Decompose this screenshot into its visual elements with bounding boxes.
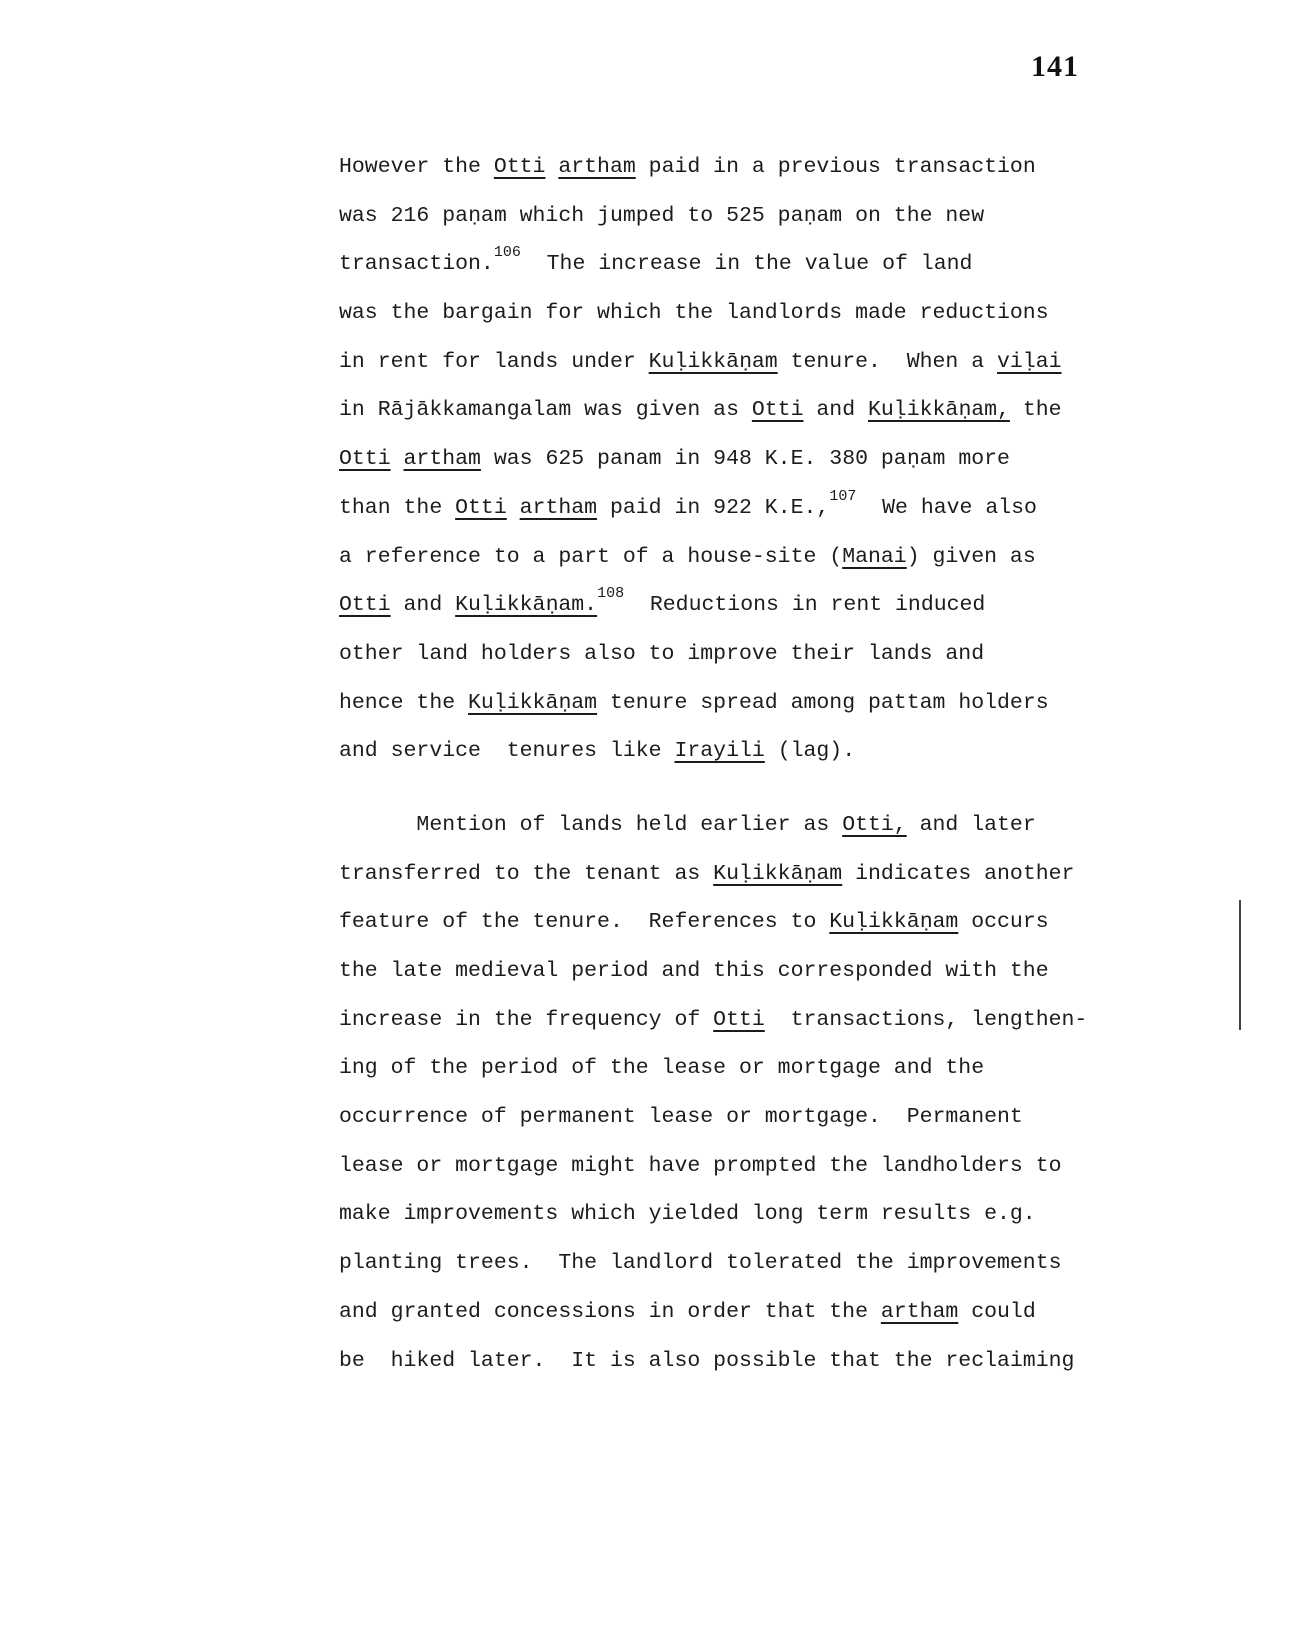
text-line: feature of the tenure. References to Kuḷ… [339,898,1199,947]
text-line: and service tenures like Irayili (lag). [339,727,1199,776]
text-line: Otti and Kuḷikkāṇam.108 Reductions in re… [339,581,1199,630]
text-line: planting trees. The landlord tolerated t… [339,1239,1199,1288]
text-run: The increase in the value of land [521,252,973,276]
underlined-term: Otti [494,155,546,179]
text-run: occurrence of permanent lease or mortgag… [339,1105,1023,1129]
text-run: was 625 panam in 948 K.E. 380 paṇam more [481,447,1010,471]
text-line: ing of the period of the lease or mortga… [339,1044,1199,1093]
text-line: the late medieval period and this corres… [339,947,1199,996]
text-run: in Rājākkamangalam was given as [339,398,752,422]
underlined-term: Irayili [674,739,764,763]
underlined-term: Kuḷikkāṇam [713,862,842,886]
underlined-term: Otti [713,1008,765,1032]
text-run: make improvements which yielded long ter… [339,1202,1036,1226]
document-page: 141 However the Otti artham paid in a pr… [0,0,1310,1643]
text-run: the late medieval period and this corres… [339,959,1049,983]
text-run: indicates another [842,862,1074,886]
text-run: and later [907,813,1036,837]
text-line: transferred to the tenant as Kuḷikkāṇam … [339,850,1199,899]
underlined-term: Otti [455,496,507,520]
text-line: transaction.106 The increase in the valu… [339,240,1199,289]
text-run: and [803,398,868,422]
scan-margin-mark [1239,900,1241,1030]
underlined-term: Otti [339,593,391,617]
text-run: and service tenures like [339,739,674,763]
text-run: transactions, lengthen- [765,1008,1088,1032]
text-run: increase in the frequency of [339,1008,713,1032]
text-run: in rent for lands under [339,350,649,374]
text-run: paid in a previous transaction [636,155,1036,179]
text-run: and granted concessions in order that th… [339,1300,881,1324]
underlined-term: Kuḷikkāṇam. [455,593,597,617]
underlined-term: Otti [752,398,804,422]
text-run: and [391,593,456,617]
text-run [507,496,520,520]
text-run: We have also [856,496,1037,520]
footnote-ref: 107 [829,488,856,505]
text-run [545,155,558,179]
text-line: make improvements which yielded long ter… [339,1190,1199,1239]
body-text: However the Otti artham paid in a previo… [339,143,1199,1385]
text-run: transferred to the tenant as [339,862,713,886]
text-run: However the [339,155,494,179]
text-line: increase in the frequency of Otti transa… [339,996,1199,1045]
text-run: planting trees. The landlord tolerated t… [339,1251,1062,1275]
footnote-ref: 106 [494,244,521,261]
underlined-term: viḷai [997,350,1062,374]
text-line: Mention of lands held earlier as Otti, a… [339,801,1199,850]
underlined-term: Kuḷikkāṇam [649,350,778,374]
text-run: was 216 paṇam which jumped to 525 paṇam … [339,204,984,228]
text-run: feature of the tenure. References to [339,910,829,934]
text-line: in Rājākkamangalam was given as Otti and… [339,386,1199,435]
text-line: be hiked later. It is also possible that… [339,1337,1199,1386]
text-run [391,447,404,471]
text-line: and granted concessions in order that th… [339,1288,1199,1337]
text-line: However the Otti artham paid in a previo… [339,143,1199,192]
text-run: could [958,1300,1035,1324]
underlined-term: Kuḷikkāṇam [468,691,597,715]
text-line: occurrence of permanent lease or mortgag… [339,1093,1199,1142]
underlined-term: Kuḷikkāṇam [829,910,958,934]
text-run: lease or mortgage might have prompted th… [339,1154,1062,1178]
underlined-term: artham [881,1300,958,1324]
text-run: the [1010,398,1062,422]
text-line: was the bargain for which the landlords … [339,289,1199,338]
text-run: than the [339,496,455,520]
text-run: (lag). [765,739,855,763]
text-line: in rent for lands under Kuḷikkāṇam tenur… [339,338,1199,387]
text-run: be hiked later. It is also possible that… [339,1349,1074,1373]
text-line: Otti artham was 625 panam in 948 K.E. 38… [339,435,1199,484]
text-run: ing of the period of the lease or mortga… [339,1056,984,1080]
text-run: Reductions in rent induced [624,593,985,617]
page-number: 141 [1031,50,1079,84]
footnote-ref: 108 [597,585,624,602]
text-run: transaction. [339,252,494,276]
text-run: occurs [958,910,1048,934]
text-line: lease or mortgage might have prompted th… [339,1142,1199,1191]
underlined-term: artham [558,155,635,179]
text-run: was the bargain for which the landlords … [339,301,1049,325]
underlined-term: Kuḷikkāṇam, [868,398,1010,422]
text-line: a reference to a part of a house-site (M… [339,533,1199,582]
underlined-term: artham [520,496,597,520]
text-run: paid in 922 K.E., [597,496,829,520]
text-line: was 216 paṇam which jumped to 525 paṇam … [339,192,1199,241]
text-run: Mention of lands held earlier as [339,813,842,837]
text-run: tenure. When a [778,350,997,374]
underlined-term: Otti [339,447,391,471]
text-line: hence the Kuḷikkāṇam tenure spread among… [339,679,1199,728]
text-run: hence the [339,691,468,715]
underlined-term: artham [404,447,481,471]
paragraph-break [339,776,1199,801]
text-run: a reference to a part of a house-site ( [339,545,842,569]
text-run: other land holders also to improve their… [339,642,984,666]
text-line: other land holders also to improve their… [339,630,1199,679]
text-line: than the Otti artham paid in 922 K.E.,10… [339,484,1199,533]
underlined-term: Otti, [842,813,907,837]
text-run: ) given as [907,545,1036,569]
underlined-term: Manai [842,545,907,569]
text-run: tenure spread among pattam holders [597,691,1049,715]
